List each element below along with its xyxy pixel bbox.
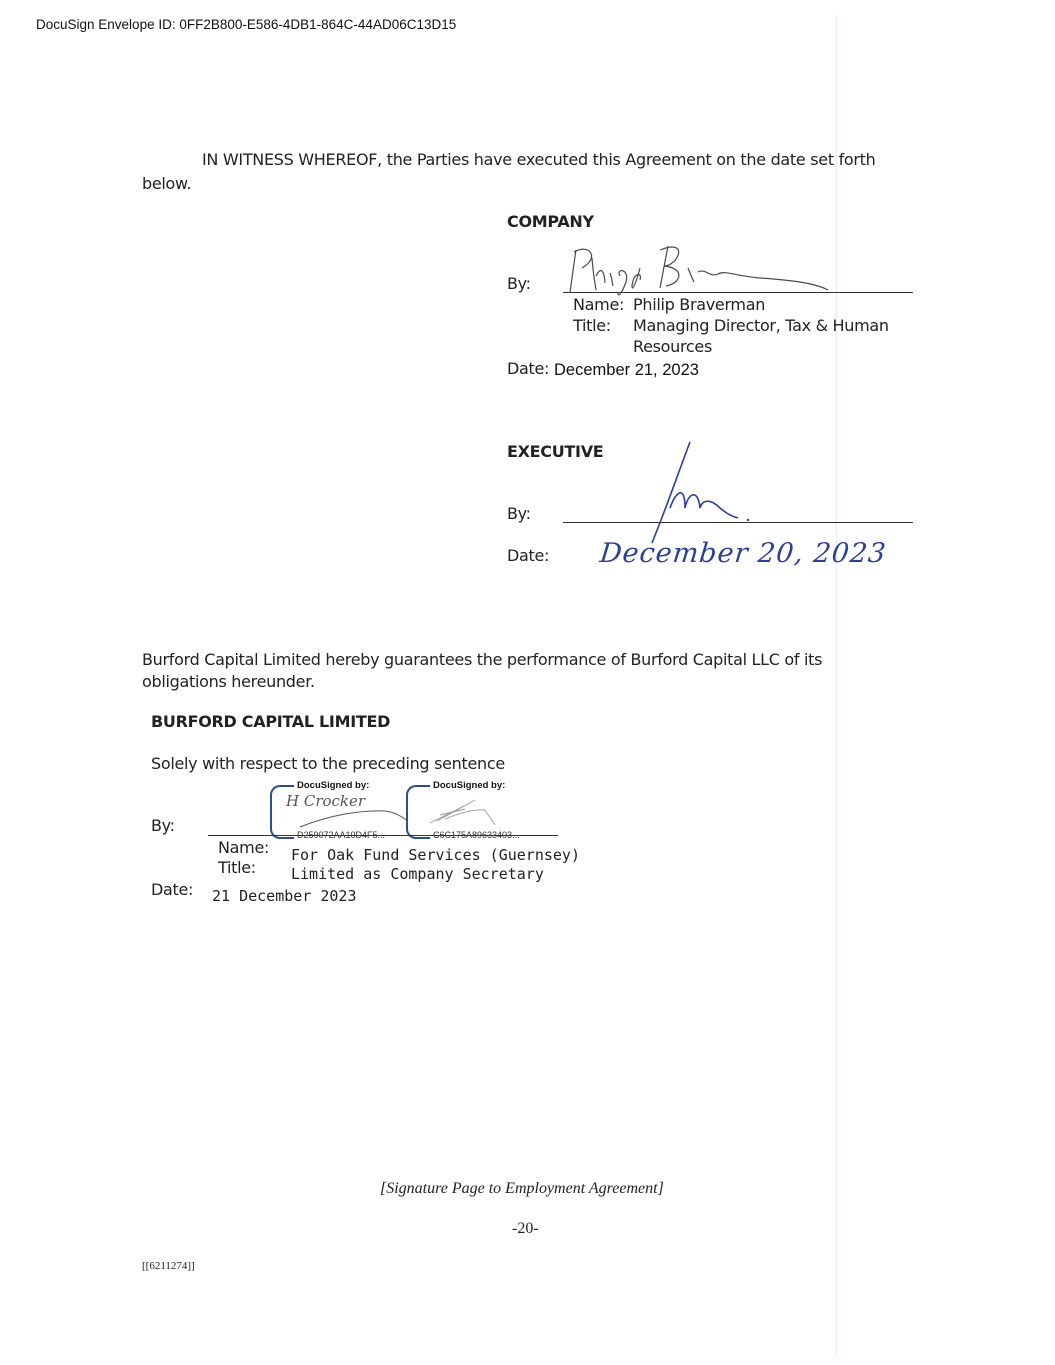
burford-subheading: Solely with respect to the preceding sen… [151,754,505,773]
document-id: [[6211274]] [142,1260,195,1272]
docusign-signature-2 [425,795,505,827]
executive-signature-line [563,522,913,523]
witness-clause-line2: below. [142,174,191,193]
executive-date-handwritten: December 20, 2023 [598,538,888,569]
executive-heading: EXECUTIVE [507,442,603,461]
executive-by-label: By: [507,504,531,523]
company-date-label: Date: [507,359,549,378]
burford-by-label: By: [151,816,175,835]
guarantee-line2: obligations hereunder. [142,672,315,691]
burford-name-title-value-line1: For Oak Fund Services (Guernsey) [291,846,580,864]
burford-name-title-value-line2: Limited as Company Secretary [291,865,544,883]
guarantee-line1: Burford Capital Limited hereby guarantee… [142,650,822,669]
company-title-value-line2: Resources [633,337,712,356]
witness-clause-line1: IN WITNESS WHEREOF, the Parties have exe… [202,150,876,169]
executive-signature-image [630,438,770,548]
executive-date-label: Date: [507,546,549,565]
docusign-label-1: DocuSigned by: [297,780,369,791]
company-by-label: By: [507,274,531,293]
burford-heading: BURFORD CAPITAL LIMITED [151,712,390,731]
docusign-envelope-id: DocuSign Envelope ID: 0FF2B800-E586-4DB1… [36,17,456,32]
burford-date-label: Date: [151,880,193,899]
burford-signature-line [208,835,558,836]
signature-page-caption: [Signature Page to Employment Agreement] [380,1180,664,1198]
company-signature-line [563,292,913,293]
company-title-value-line1: Managing Director, Tax & Human [633,316,889,335]
burford-date-value: 21 December 2023 [212,887,357,905]
docusign-signature-1-flourish [290,805,410,830]
burford-title-label: Title: [218,858,256,877]
scan-artifact-line [836,15,837,1355]
company-name-value: Philip Braverman [633,295,765,314]
company-title-label: Title: [573,316,611,335]
burford-name-label: Name: [218,838,269,857]
page-number: -20- [512,1220,539,1238]
company-signature-image [560,238,840,298]
company-name-label: Name: [573,295,624,314]
company-date-value: December 21, 2023 [554,361,699,380]
docusign-label-2: DocuSigned by: [433,780,505,791]
company-heading: COMPANY [507,212,594,231]
